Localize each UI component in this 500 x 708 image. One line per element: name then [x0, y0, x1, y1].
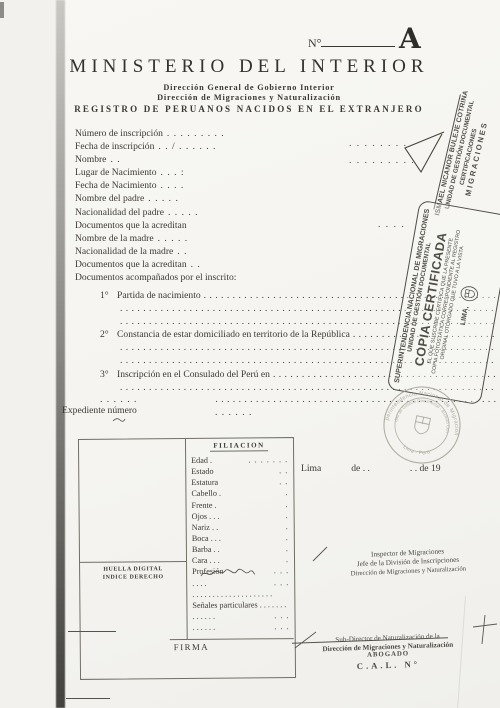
huella-divider	[80, 561, 186, 563]
filiacion-row: Estado. .	[191, 466, 289, 478]
filiacion-row-label: Nariz . .	[192, 523, 218, 532]
filiacion-row-dots: . . . . . . .	[248, 455, 288, 464]
filiacion-row-dots: . . .	[274, 611, 289, 620]
handwriting-tick	[112, 416, 126, 424]
filiacion-row-dots: .	[286, 555, 289, 564]
filiacion-table: HUELLA DIGITAL INDICE DERECHO FILIACION …	[78, 437, 296, 680]
filiacion-row-dots: . . .	[274, 567, 289, 576]
filiacion-row-dots: .	[286, 522, 289, 531]
handwritten-slash-mark-2	[294, 630, 318, 650]
filiacion-row: Frente ..	[191, 500, 289, 512]
filiacion-row: Ojos . . ..	[192, 511, 290, 523]
expediente-label: Expediente número	[62, 405, 137, 416]
field-leader-dots: . . . . .	[168, 207, 199, 218]
filiacion-row-label: Edad .	[191, 456, 212, 465]
lima-city: Lima	[301, 463, 321, 474]
filiacion-row-label: Estado	[191, 467, 213, 476]
form-field-row: Nacionalidad de la madre. .	[75, 246, 405, 259]
filiacion-row-label: Cabello .	[191, 489, 221, 498]
firma-line	[170, 638, 294, 640]
field-label: Documentos acompañados por el inscrito:	[75, 272, 236, 283]
filiacion-row-dots: . . .	[274, 622, 289, 631]
filiacion-row-dots: . .	[279, 466, 288, 475]
field-label: Documentos que la acreditan	[75, 259, 187, 270]
huella-line2: INDICE DERECHO	[80, 574, 186, 582]
document-number-blank	[321, 36, 395, 47]
filiacion-row-dots: .	[286, 533, 289, 542]
filiacion-row: . . . . . .. . .	[192, 611, 290, 623]
scan-corner-mark	[0, 2, 4, 18]
handwritten-slash-mark	[311, 545, 329, 563]
coat-of-arms-icon	[459, 284, 480, 303]
document-row-number: 2°	[100, 329, 117, 342]
scanned-document-page: N° A MINISTERIO DEL INTERIOR Dirección G…	[0, 0, 500, 708]
field-label: Nacionalidad del padre	[75, 207, 164, 218]
filiacion-row-label: Cara . . .	[192, 556, 220, 565]
round-seal-icon: Superintendencia Nacional de Migraciones…	[372, 375, 472, 475]
field-label: Número de inscripción	[75, 128, 163, 139]
field-label: Lugar de Nacimiento	[75, 167, 157, 178]
expediente-dots: . . . . . .	[215, 407, 252, 418]
form-field-row: Nacionalidad del padre. . . . .	[75, 207, 405, 220]
field-label: Fecha de inscripción	[75, 141, 154, 152]
handwritten-line-1	[68, 631, 116, 632]
filiacion-row-label: Frente .	[191, 500, 216, 509]
document-row-text: Inscripción en el Consulado del Perú en	[117, 369, 270, 382]
filiacion-row: Nariz . ..	[192, 522, 290, 534]
filiacion-row: Boca . . ..	[192, 533, 290, 545]
filiacion-row-label: Señales particulares . . . . . . .	[192, 600, 286, 610]
document-row-number	[100, 382, 117, 395]
filiacion-row-dots: .	[286, 544, 289, 553]
series-letter: A	[399, 22, 421, 55]
ministry-title: MINISTERIO DEL INTERIOR	[60, 56, 438, 78]
filiacion-row-label: Boca . . .	[192, 534, 221, 543]
filiacion-title: FILIACION	[185, 441, 293, 450]
document-number-line: N°	[308, 36, 395, 51]
filiacion-row: Barba . ..	[192, 544, 290, 556]
field-leader-dots: . .	[191, 259, 201, 270]
firma-label: FIRMA	[174, 642, 209, 652]
field-leader-dots: . .	[177, 246, 187, 257]
handwritten-arrow-icon	[398, 127, 448, 175]
form-field-row: Nombre del padre. . . . .	[75, 193, 405, 206]
handwritten-x-mark	[472, 614, 498, 646]
document-row-number	[100, 316, 117, 329]
form-fields: Número de inscripción. . . . . . . . . F…	[75, 128, 405, 285]
seal-side-text: Lima - Perú	[401, 444, 432, 459]
document-row-text: Partida de nacimiento	[117, 290, 201, 303]
stamp-subdirector: Sub-Director de Naturalización de la Dir…	[302, 631, 473, 672]
seal-shield	[413, 416, 430, 436]
form-field-row: Nombre de la madre. . . . .	[75, 233, 405, 246]
filiacion-row: . . . . . .. . .	[193, 622, 291, 634]
field-label: Nombre de la madre	[75, 233, 154, 244]
field-leader-dots: . . / . . . . . .	[158, 141, 216, 152]
form-field-row: Fecha de Nacimiento. . . .	[75, 180, 405, 193]
filiacion-row-label: Estatura	[191, 478, 218, 487]
filiacion-row-dots: .	[285, 489, 288, 498]
filiacion-row: Edad .. . . . . . .	[191, 455, 289, 467]
field-leader-dots: . . . . . . . . .	[167, 128, 225, 139]
form-field-row: Documentos acompañados por el inscrito:	[75, 272, 405, 285]
document-number-label: N°	[308, 36, 321, 50]
filiacion-row-dots: . . .	[274, 578, 289, 587]
field-leader-dots: . . . . .	[148, 193, 179, 204]
document-row-number: 1°	[100, 290, 117, 303]
field-leader-dots: . .	[110, 154, 120, 165]
filiacion-row-label: . . . . . .	[193, 623, 216, 632]
filiacion-row-label: Ojos . . .	[192, 511, 220, 520]
lima-de1: de . .	[351, 463, 370, 474]
document-row-number: 3°	[100, 369, 117, 382]
expediente-row: Expediente número . . . . . .	[62, 405, 362, 416]
field-label: Nombre del padre	[75, 193, 144, 204]
table-vertical-divider	[185, 439, 188, 639]
document-row-text: Constancia de estar domiciliado en terri…	[117, 329, 350, 342]
stamp-inspector: Inspector de Migraciones Jefe de la Divi…	[322, 545, 493, 579]
filiacion-row-dots: .	[286, 511, 289, 520]
form-field-row: Documentos que la acreditan	[75, 220, 405, 233]
field-label: Nombre	[75, 154, 106, 165]
scanner-left-margin	[0, 0, 56, 708]
huella-label: HUELLA DIGITAL INDICE DERECHO	[80, 566, 186, 582]
filiacion-row-dots: .	[285, 500, 288, 509]
document-row-number	[100, 303, 117, 316]
filiacion-row: . . . . . . . . . . . . . . . . . . . .	[192, 589, 290, 601]
copia-city: LIMA,	[460, 306, 470, 326]
filiacion-row: Estatura. .	[191, 477, 289, 489]
filiacion-row: Cabello ..	[191, 489, 289, 501]
field-label: Fecha de Nacimiento	[75, 180, 157, 191]
handwriting-profesion	[199, 566, 257, 580]
field-label: Nacionalidad de la madre	[75, 246, 173, 257]
filiacion-row-dots: . .	[279, 477, 288, 486]
filiacion-row-label: . . . . . . . . . . . . . . . . . . . .	[192, 589, 272, 599]
field-leader-dots: . . . .	[161, 180, 185, 191]
svg-text:Lima - Perú: Lima - Perú	[401, 444, 432, 459]
form-field-row: Documentos que la acreditan. .	[75, 259, 405, 272]
filiacion-row: Señales particulares . . . . . . .	[192, 600, 290, 612]
document-row-number	[100, 342, 117, 355]
field-leader-dots: . . . . .	[158, 233, 189, 244]
margin-dots-3: . . . .	[378, 219, 405, 230]
filiacion-row-label: Barba . .	[192, 545, 220, 554]
field-label: Documentos que la acreditan	[75, 220, 187, 231]
registry-title: REGISTRO DE PERUANOS NACIDOS EN EL EXTRA…	[60, 104, 438, 114]
form-field-row: Lugar de Nacimiento. . . :	[75, 167, 405, 180]
subtitle-gobierno-interior: Dirección General de Gobierno Interior	[60, 83, 438, 92]
document-row-number	[100, 355, 117, 368]
filiacion-row-label: . . . . . .	[192, 612, 215, 621]
field-leader-dots: . . . :	[161, 167, 185, 178]
subtitle-migraciones: Dirección de Migraciones y Naturalizació…	[60, 93, 438, 102]
filiacion-rows: Edad .. . . . . . . Estado. . Estatura. …	[191, 455, 291, 634]
handwritten-line-2	[66, 698, 110, 699]
